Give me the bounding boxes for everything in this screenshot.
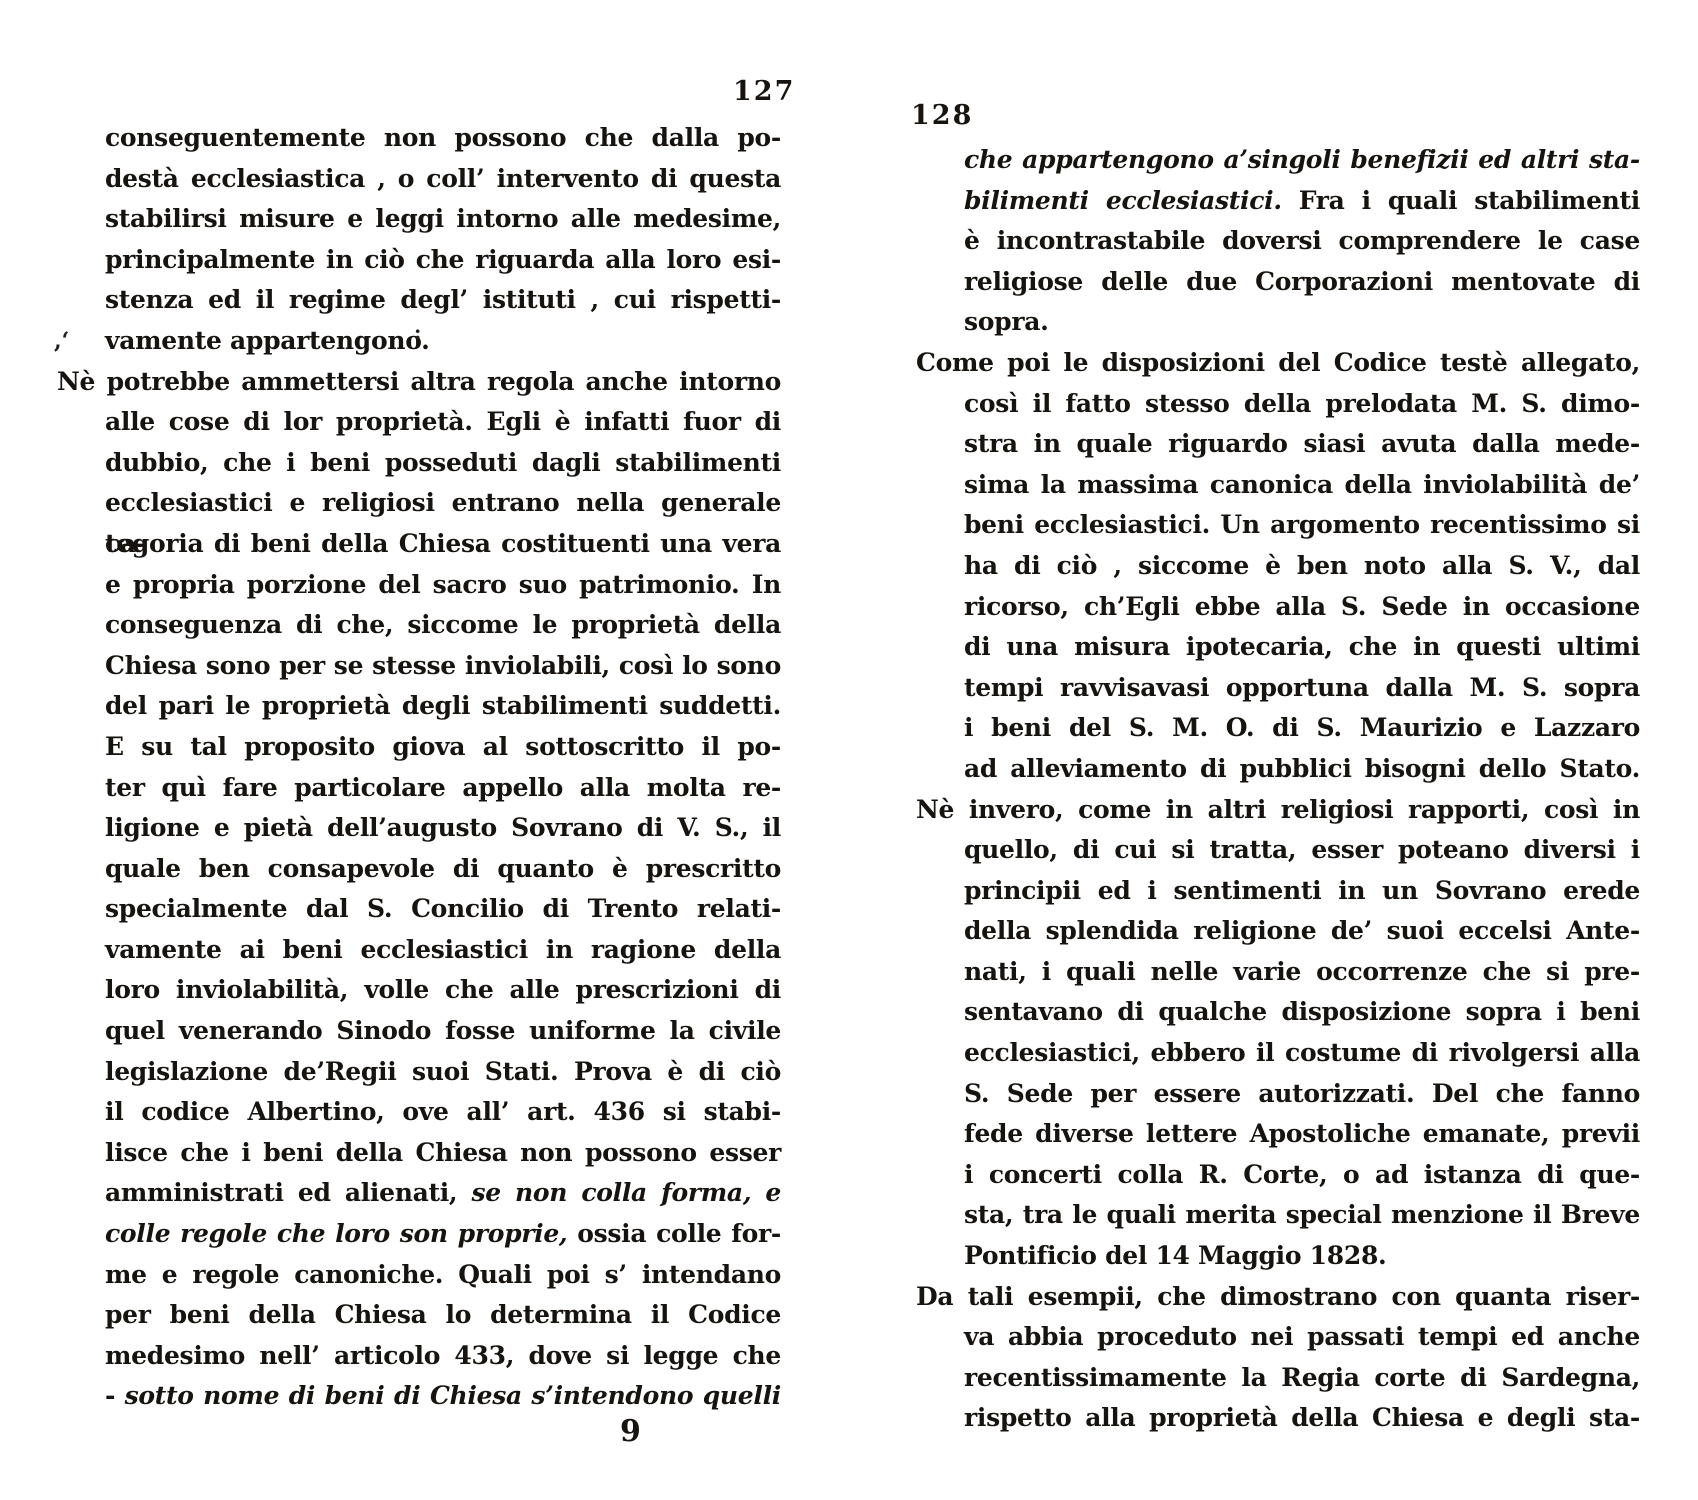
text-segment: del pari le proprietà degli stabilimenti… bbox=[105, 691, 781, 720]
text-segment: per beni della Chiesa lo determina il Co… bbox=[105, 1300, 781, 1329]
text-line: principalmente in ciò che riguarda alla … bbox=[105, 240, 781, 281]
italic-text-segment: se non colla forma, e bbox=[472, 1178, 782, 1207]
text-segment: sentavano di qualche disposizione sopra … bbox=[964, 997, 1640, 1026]
text-segment: lisce che i beni della Chiesa non posson… bbox=[105, 1138, 781, 1167]
text-segment: Chiesa sono per se stesse inviolabili, c… bbox=[105, 651, 781, 680]
text-segment: E su tal proposito giova al sottoscritto… bbox=[105, 732, 781, 761]
text-line: vamente appartengono. bbox=[105, 321, 781, 362]
italic-text-segment: bilimenti ecclesiastici. bbox=[964, 186, 1282, 215]
text-line: va abbia proceduto nei passati tempi ed … bbox=[964, 1317, 1640, 1358]
text-line: dubbio, che i beni posseduti dagli stabi… bbox=[105, 443, 781, 484]
text-line: Come poi le disposizioni del Codice test… bbox=[916, 343, 1640, 384]
text-segment: Nè potrebbe ammettersi altra regola anch… bbox=[57, 367, 781, 396]
text-segment: ecclesiastici, ebbero il costume di rivo… bbox=[964, 1038, 1640, 1067]
text-segment: stra in quale riguardo siasi avuta dalla… bbox=[964, 429, 1640, 458]
text-segment: vamente appartengono. bbox=[105, 326, 430, 355]
text-line: di una misura ipotecaria, che in questi … bbox=[964, 627, 1640, 668]
text-segment: medesimo nell’ articolo 433, dove si leg… bbox=[105, 1341, 781, 1370]
text-segment: i concerti colla R. Corte, o ad istanza … bbox=[964, 1160, 1640, 1189]
text-segment: nati, i quali nelle varie occorrenze che… bbox=[964, 957, 1640, 986]
text-line: fede diverse lettere Apostoliche emanate… bbox=[964, 1114, 1640, 1155]
text-line: specialmente dal S. Concilio di Trento r… bbox=[105, 889, 781, 930]
text-segment: S. Sede per essere autorizzati. Del che … bbox=[964, 1079, 1640, 1108]
text-segment: conseguenza di che, siccome le proprietà… bbox=[105, 610, 781, 639]
right-page-text-column: che appartengono a’singoli benefizii ed … bbox=[916, 140, 1640, 1439]
text-line: E su tal proposito giova al sottoscritto… bbox=[105, 727, 781, 768]
text-line: medesimo nell’ articolo 433, dove si leg… bbox=[105, 1336, 781, 1377]
text-line: tegoria di beni della Chiesa costituenti… bbox=[105, 524, 781, 565]
text-line: quel venerando Sinodo fosse uniforme la … bbox=[105, 1011, 781, 1052]
text-line: colle regole che loro son proprie, ossia… bbox=[105, 1214, 781, 1255]
text-segment: ter quì fare particolare appello alla mo… bbox=[105, 773, 781, 802]
text-line: destà ecclesiastica , o coll’ intervento… bbox=[105, 159, 781, 200]
text-segment: loro inviolabilità, volle che alle presc… bbox=[105, 975, 781, 1004]
text-segment: sopra. bbox=[964, 307, 1049, 336]
text-segment: ligione e pietà dell’augusto Sovrano di … bbox=[105, 813, 781, 842]
text-segment: tegoria di beni della Chiesa costituenti… bbox=[105, 529, 781, 558]
italic-text-segment: sotto nome di beni di Chiesa s’intendono… bbox=[125, 1381, 781, 1410]
text-line: ter quì fare particolare appello alla mo… bbox=[105, 768, 781, 809]
text-segment: quale ben consapevole di quanto è prescr… bbox=[105, 854, 781, 883]
text-line: è incontrastabile doversi comprendere le… bbox=[964, 221, 1640, 262]
text-line: sima la massima canonica della inviolabi… bbox=[964, 465, 1640, 506]
text-line: lisce che i beni della Chiesa non posson… bbox=[105, 1133, 781, 1174]
text-segment: quel venerando Sinodo fosse uniforme la … bbox=[105, 1016, 781, 1045]
text-line: amministrati ed alienati, se non colla f… bbox=[105, 1173, 781, 1214]
book-spread: 127 128 conseguentemente non possono che… bbox=[0, 0, 1698, 1500]
text-line: i beni del S. M. O. di S. Maurizio e Laz… bbox=[964, 708, 1640, 749]
text-segment: specialmente dal S. Concilio di Trento r… bbox=[105, 894, 781, 923]
text-line: loro inviolabilità, volle che alle presc… bbox=[105, 970, 781, 1011]
text-line: così il fatto stesso della prelodata M. … bbox=[964, 384, 1640, 425]
text-line: stra in quale riguardo siasi avuta dalla… bbox=[964, 424, 1640, 465]
text-line: quello, di cui si tratta, esser poteano … bbox=[964, 830, 1640, 871]
text-segment: Nè invero, come in altri religiosi rappo… bbox=[916, 795, 1640, 824]
ink-speck: : bbox=[414, 320, 421, 344]
text-line: vamente ai beni ecclesiastici in ragione… bbox=[105, 930, 781, 971]
text-segment: beni ecclesiastici. Un argomento recenti… bbox=[964, 510, 1640, 539]
text-line: alle cose di lor proprietà. Egli è infat… bbox=[105, 402, 781, 443]
text-segment: recentissimamente la Regia corte di Sard… bbox=[964, 1363, 1640, 1392]
text-line: Da tali esempii, che dimostrano con quan… bbox=[916, 1277, 1640, 1318]
text-segment: ossia colle for- bbox=[567, 1219, 781, 1248]
text-line: del pari le proprietà degli stabilimenti… bbox=[105, 686, 781, 727]
text-line: nati, i quali nelle varie occorrenze che… bbox=[964, 952, 1640, 993]
signature-mark: 9 bbox=[620, 1414, 641, 1449]
ink-speck: ,‘ bbox=[54, 328, 69, 354]
text-line: sta, tra le quali merita special menzion… bbox=[964, 1195, 1640, 1236]
text-segment: ricorso, ch’Egli ebbe alla S. Sede in oc… bbox=[964, 592, 1640, 621]
text-line: ligione e pietà dell’augusto Sovrano di … bbox=[105, 808, 781, 849]
italic-text-segment: che appartengono a’singoli benefizii ed … bbox=[964, 145, 1640, 174]
text-segment: Fra i quali stabilimenti bbox=[1282, 186, 1640, 215]
text-segment: principii ed i sentimenti in un Sovrano … bbox=[964, 876, 1640, 905]
text-line: Pontificio del 14 Maggio 1828. bbox=[964, 1236, 1640, 1277]
text-line: Nè potrebbe ammettersi altra regola anch… bbox=[57, 362, 781, 403]
text-segment: amministrati ed alienati, bbox=[105, 1178, 472, 1207]
text-line: beni ecclesiastici. Un argomento recenti… bbox=[964, 505, 1640, 546]
text-segment: Pontificio del 14 Maggio 1828. bbox=[964, 1241, 1386, 1270]
text-segment: e propria porzione del sacro suo patrimo… bbox=[105, 570, 781, 599]
text-segment: rispetto alla proprietà della Chiesa e d… bbox=[964, 1403, 1640, 1432]
text-line: ecclesiastici e religiosi entrano nella … bbox=[105, 483, 781, 524]
text-segment: quello, di cui si tratta, esser poteano … bbox=[964, 835, 1640, 864]
text-segment: Da tali esempii, che dimostrano con quan… bbox=[916, 1282, 1640, 1311]
text-line: Chiesa sono per se stesse inviolabili, c… bbox=[105, 646, 781, 687]
text-segment: alle cose di lor proprietà. Egli è infat… bbox=[105, 407, 781, 436]
text-segment: stenza ed il regime degl’ istituti , cui… bbox=[105, 285, 781, 314]
text-segment: destà ecclesiastica , o coll’ intervento… bbox=[105, 164, 781, 193]
text-segment: me e regole canoniche. Quali poi s’ inte… bbox=[105, 1260, 781, 1289]
text-segment: vamente ai beni ecclesiastici in ragione… bbox=[105, 935, 781, 964]
italic-text-segment: colle regole che loro son proprie, bbox=[105, 1219, 567, 1248]
text-line: stabilirsi misure e leggi intorno alle m… bbox=[105, 199, 781, 240]
text-segment: ad alleviamento di pubblici bisogni dell… bbox=[964, 754, 1640, 783]
text-segment: tempi ravvisavasi opportuna dalla M. S. … bbox=[964, 673, 1640, 702]
text-line: i concerti colla R. Corte, o ad istanza … bbox=[964, 1155, 1640, 1196]
text-line: religiose delle due Corporazioni mentova… bbox=[964, 262, 1640, 303]
text-segment: sima la massima canonica della inviolabi… bbox=[964, 470, 1640, 499]
text-line: tempi ravvisavasi opportuna dalla M. S. … bbox=[964, 668, 1640, 709]
text-line: per beni della Chiesa lo determina il Co… bbox=[105, 1295, 781, 1336]
text-segment: va abbia proceduto nei passati tempi ed … bbox=[964, 1322, 1640, 1351]
text-line: legislazione de’Regii suoi Stati. Prova … bbox=[105, 1052, 781, 1093]
left-page-text-column: conseguentemente non possono che dalla p… bbox=[57, 118, 781, 1417]
text-line: della splendida religione de’ suoi eccel… bbox=[964, 911, 1640, 952]
text-line: sopra. bbox=[964, 302, 1640, 343]
text-line: e propria porzione del sacro suo patrimo… bbox=[105, 565, 781, 606]
text-line: bilimenti ecclesiastici. Fra i quali sta… bbox=[964, 181, 1640, 222]
text-segment: ha di ciò , siccome è ben noto alla S. V… bbox=[964, 551, 1640, 580]
text-line: quale ben consapevole di quanto è prescr… bbox=[105, 849, 781, 890]
text-segment: di una misura ipotecaria, che in questi … bbox=[964, 632, 1640, 661]
text-segment: i beni del S. M. O. di S. Maurizio e Laz… bbox=[964, 713, 1640, 742]
text-line: ad alleviamento di pubblici bisogni dell… bbox=[964, 749, 1640, 790]
text-segment: Come poi le disposizioni del Codice test… bbox=[916, 348, 1640, 377]
text-segment: sta, tra le quali merita special menzion… bbox=[964, 1200, 1640, 1229]
text-segment: legislazione de’Regii suoi Stati. Prova … bbox=[105, 1057, 781, 1086]
text-line: stenza ed il regime degl’ istituti , cui… bbox=[105, 280, 781, 321]
text-segment: dubbio, che i beni posseduti dagli stabi… bbox=[105, 448, 781, 477]
text-segment: principalmente in ciò che riguarda alla … bbox=[105, 245, 781, 274]
text-line: sentavano di qualche disposizione sopra … bbox=[964, 992, 1640, 1033]
text-line: Nè invero, come in altri religiosi rappo… bbox=[916, 790, 1640, 831]
text-line: che appartengono a’singoli benefizii ed … bbox=[964, 140, 1640, 181]
text-line: principii ed i sentimenti in un Sovrano … bbox=[964, 871, 1640, 912]
text-segment: è incontrastabile doversi comprendere le… bbox=[964, 226, 1640, 255]
text-segment: il codice Albertino, ove all’ art. 436 s… bbox=[105, 1097, 781, 1126]
text-line: ecclesiastici, ebbero il costume di rivo… bbox=[964, 1033, 1640, 1074]
text-line: - sotto nome di beni di Chiesa s’intendo… bbox=[105, 1376, 781, 1417]
page-number-right: 128 bbox=[911, 100, 973, 131]
text-segment: stabilirsi misure e leggi intorno alle m… bbox=[105, 204, 781, 233]
page-number-left: 127 bbox=[733, 76, 795, 107]
text-line: ricorso, ch’Egli ebbe alla S. Sede in oc… bbox=[964, 587, 1640, 628]
text-line: conseguenza di che, siccome le proprietà… bbox=[105, 605, 781, 646]
text-segment: religiose delle due Corporazioni mentova… bbox=[964, 267, 1640, 296]
text-segment: conseguentemente non possono che dalla p… bbox=[105, 123, 781, 152]
text-line: ha di ciò , siccome è ben noto alla S. V… bbox=[964, 546, 1640, 587]
text-segment: fede diverse lettere Apostoliche emanate… bbox=[964, 1119, 1640, 1148]
text-line: S. Sede per essere autorizzati. Del che … bbox=[964, 1074, 1640, 1115]
text-line: rispetto alla proprietà della Chiesa e d… bbox=[964, 1398, 1640, 1439]
text-line: me e regole canoniche. Quali poi s’ inte… bbox=[105, 1255, 781, 1296]
text-segment: - bbox=[105, 1381, 125, 1410]
text-line: conseguentemente non possono che dalla p… bbox=[105, 118, 781, 159]
text-line: recentissimamente la Regia corte di Sard… bbox=[964, 1358, 1640, 1399]
text-segment: della splendida religione de’ suoi eccel… bbox=[964, 916, 1640, 945]
text-segment: così il fatto stesso della prelodata M. … bbox=[964, 389, 1640, 418]
text-line: il codice Albertino, ove all’ art. 436 s… bbox=[105, 1092, 781, 1133]
